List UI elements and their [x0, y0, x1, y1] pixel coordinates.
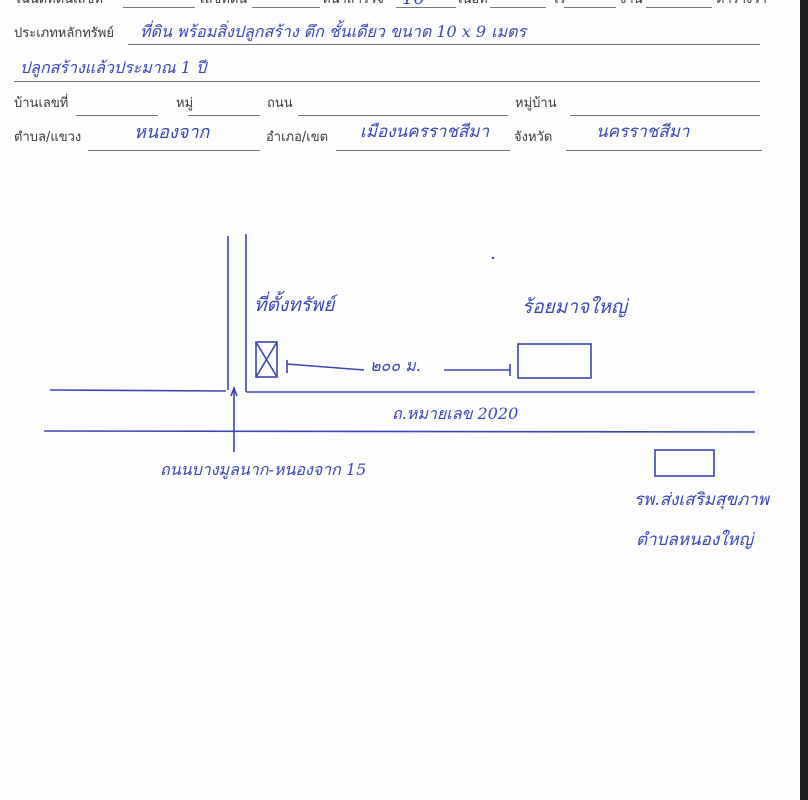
scanned-form-page: โฉนดที่ดินเลขที่ เลขที่ดิน หน้าสำรวจ 10 …: [0, 0, 800, 800]
map-label-property: ที่ตั้งทรัพย์: [254, 296, 335, 315]
map-label-highway: ถ.หมายเลข 2020: [392, 406, 518, 422]
map-label-landmark-1: ร้อยมาจใหญ่: [522, 298, 627, 317]
map-label-distance: ๒๐๐ ม.: [370, 358, 421, 374]
map-label-landmark-2-line1: รพ.ส่งเสริมสุขภาพ: [634, 492, 769, 509]
main-road-lower: [44, 431, 755, 432]
landmark-2-box: [655, 450, 714, 476]
map-label-landmark-2-line2: ตำบลหนองใหญ่: [636, 532, 753, 549]
distance-line-left: [287, 364, 364, 370]
scan-edge-border: [800, 0, 808, 800]
map-label-junction-road: ถนนบางมูลนาก-หนองจาก 15: [160, 462, 366, 478]
location-map: [0, 0, 800, 800]
main-road-upper-left: [50, 390, 226, 391]
landmark-1-box: [518, 344, 591, 378]
ink-speck: [492, 257, 494, 259]
